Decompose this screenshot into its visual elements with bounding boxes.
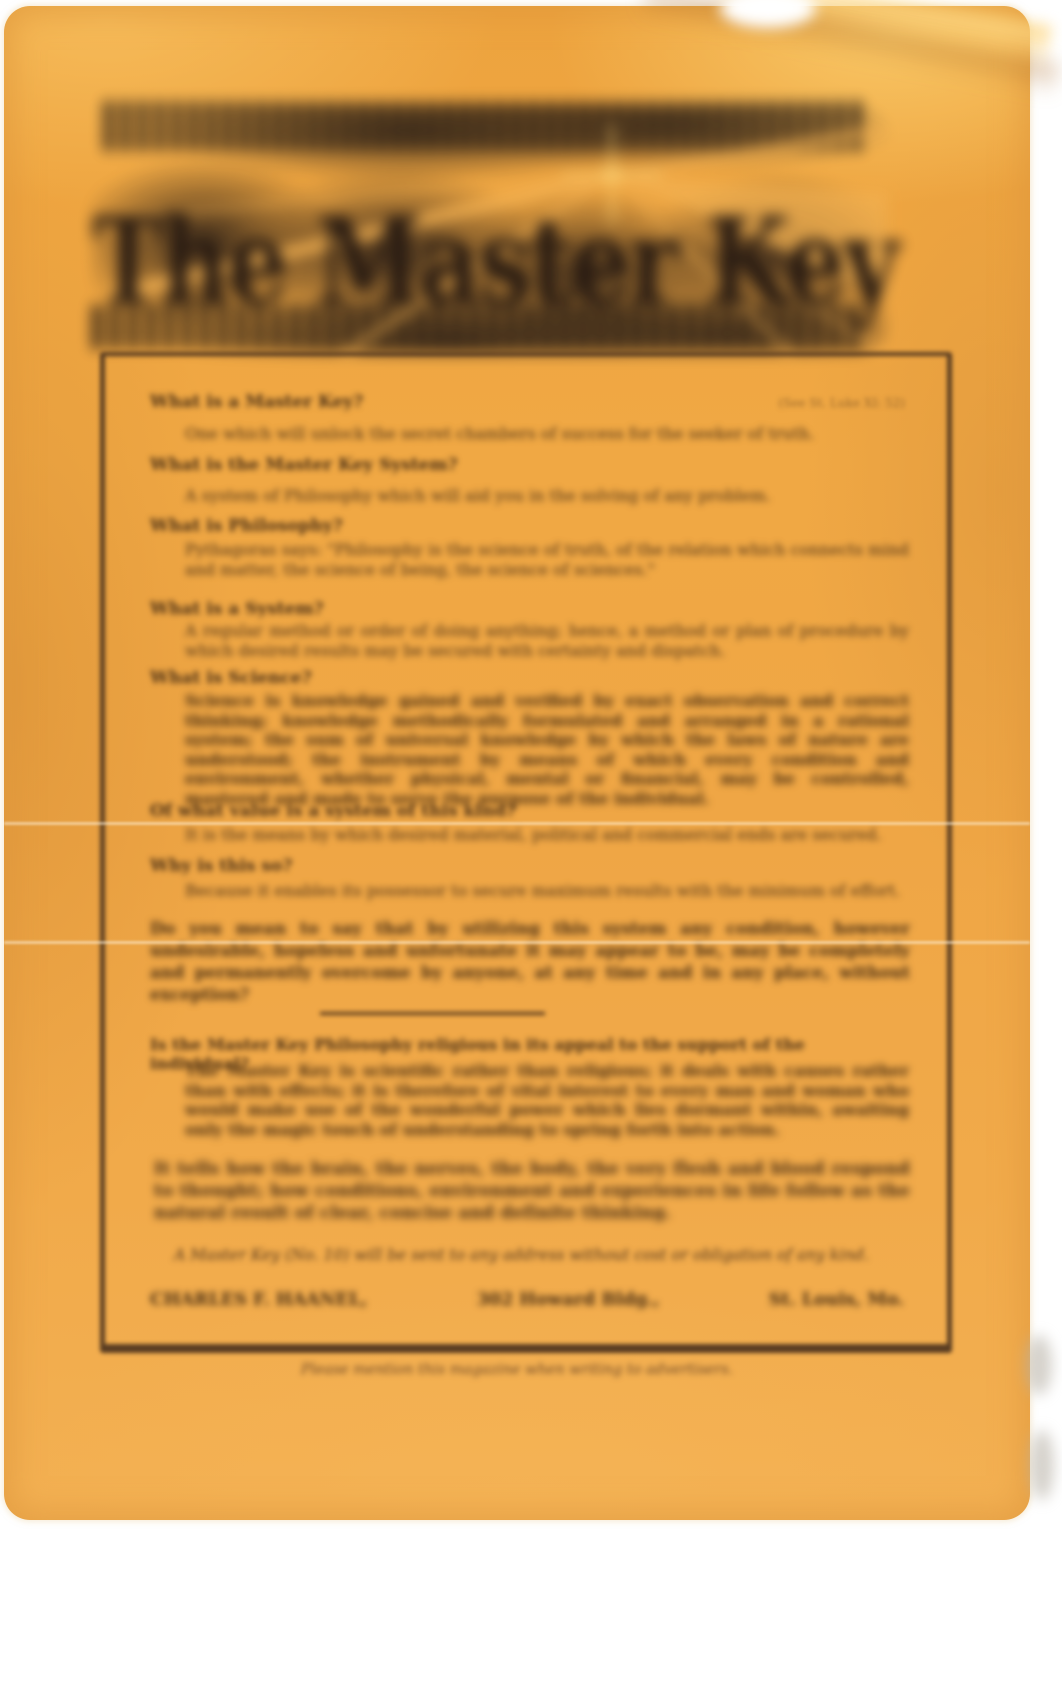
footer-address: 302 Howard Bldg.,	[477, 1290, 660, 1310]
answer-text: A system of Philosophy which will aid yo…	[185, 486, 909, 506]
scan-smudge	[1030, 1430, 1054, 1500]
question-heading: Of what value is a system of this kind?	[150, 801, 905, 821]
question-heading: Why is this so?	[150, 856, 905, 876]
question-heading: What is a Master Key?	[150, 392, 905, 412]
underline-rule	[320, 1012, 545, 1015]
footer-signature-row: CHARLES F. HAANEL, 302 Howard Bldg., St.…	[150, 1290, 904, 1310]
answer-text: A regular method or order of doing anyth…	[185, 621, 909, 660]
masthead: The Master Key	[92, 105, 887, 355]
answer-text: It is the means by which desired materia…	[185, 825, 909, 845]
scan-seam	[4, 822, 1030, 825]
closing-note: A Master Key (No. 10) will be sent to an…	[174, 1246, 909, 1264]
answer-text: The Master Key is scientific rather than…	[185, 1061, 909, 1139]
scan-seam	[4, 941, 1030, 944]
answer-text: Because it enables its possessor to secu…	[185, 881, 909, 901]
footer-city: St. Louis, Mo.	[769, 1290, 904, 1310]
answer-text: It tells how the brain, the nerves, the …	[154, 1158, 910, 1224]
scan-smudge	[1026, 1335, 1052, 1395]
answer-text: Science is knowledge gained and verified…	[185, 691, 909, 808]
bottom-note: Please mention this magazine when writin…	[4, 1362, 1030, 1378]
answer-text: One which will unlock the secret chamber…	[185, 424, 909, 444]
answer-text: Pythagoras says: "Philosophy is the scie…	[185, 540, 909, 579]
question-heading: What is Philosophy?	[150, 516, 905, 536]
question-heading: What is Science?	[150, 668, 905, 688]
footer-name: CHARLES F. HAANEL,	[150, 1290, 367, 1310]
masthead-title: The Master Key	[92, 191, 887, 332]
question-heading: What is the Master Key System?	[150, 455, 905, 475]
scanned-flyer-paper: The Master Key (See St. Luke XI: 52) Wha…	[4, 6, 1030, 1520]
question-heading: What is a System?	[150, 599, 905, 619]
question-heading: Do you mean to say that by utilizing thi…	[150, 918, 910, 1006]
